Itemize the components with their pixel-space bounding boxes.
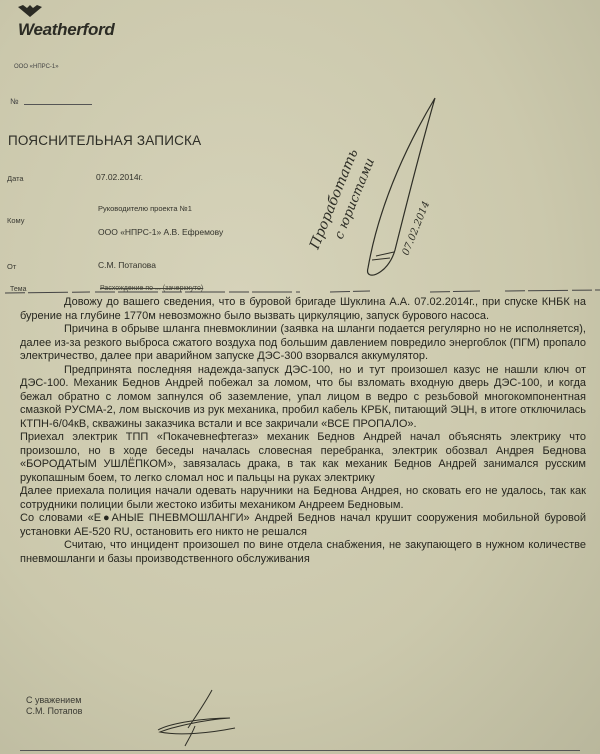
paragraph-6: Со словами «Е●АНЫЕ ПНЕВМОШЛАНГИ» Андрей … [20, 512, 586, 539]
paragraph-1: Довожу до вашего сведения, что в буровой… [20, 296, 586, 323]
resolution-line-1: Проработать [306, 147, 361, 253]
from-value: С.М. Потапова [98, 260, 156, 270]
weatherford-logo-icon [15, 4, 45, 18]
paragraph-4: Приехал электрик ТПП «Покачевнефтегаз» м… [20, 431, 586, 485]
paragraph-3: Предпринята последняя надежда-запуск ДЭС… [20, 364, 586, 432]
closing-signer: С.М. Потапов [26, 706, 82, 717]
date-label: Дата [7, 174, 24, 183]
from-label: От [7, 262, 16, 271]
to-line-1: Руководителю проекта №1 [98, 204, 192, 213]
closing-regards: С уважением [26, 695, 82, 706]
scanned-document-page: Weatherford ООО «НПРС-1» № ПОЯСНИТЕЛЬНАЯ… [0, 0, 600, 754]
date-value: 07.02.2014г. [96, 172, 143, 182]
paragraph-5: Далее приехала полиция начали одевать на… [20, 485, 586, 512]
resolution-text-icon: Проработать с юристами 07.02.2014 [306, 147, 432, 257]
document-number-line [24, 104, 92, 105]
to-label: Кому [7, 216, 25, 225]
svg-text:с юристами: с юристами [332, 156, 378, 241]
closing-block: С уважением С.М. Потапов [26, 695, 82, 717]
document-number-label: № [10, 97, 19, 106]
resolution-signature-icon [368, 98, 435, 275]
paragraph-2: Причина в обрыве шланга пневмоклинии (за… [20, 323, 586, 364]
paragraph-7: Считаю, что инцидент произошел по вине о… [20, 539, 586, 566]
svg-text:Проработать: Проработать [306, 147, 361, 253]
handwritten-resolution: Проработать с юристами 07.02.2014 [300, 60, 460, 280]
to-line-2: ООО «НПРС-1» А.В. Ефремову [98, 227, 223, 237]
signature-icon [150, 688, 250, 748]
memo-body: Довожу до вашего сведения, что в буровой… [20, 296, 586, 566]
svg-text:07.02.2014: 07.02.2014 [401, 200, 433, 257]
document-title: ПОЯСНИТЕЛЬНАЯ ЗАПИСКА [8, 133, 201, 148]
company-logo-text: Weatherford [18, 20, 115, 40]
subject-underline [0, 289, 600, 295]
resolution-line-2: с юристами [332, 156, 378, 241]
footer-rule [20, 750, 580, 751]
resolution-date: 07.02.2014 [401, 200, 433, 257]
org-name-small: ООО «НПРС-1» [14, 64, 59, 70]
